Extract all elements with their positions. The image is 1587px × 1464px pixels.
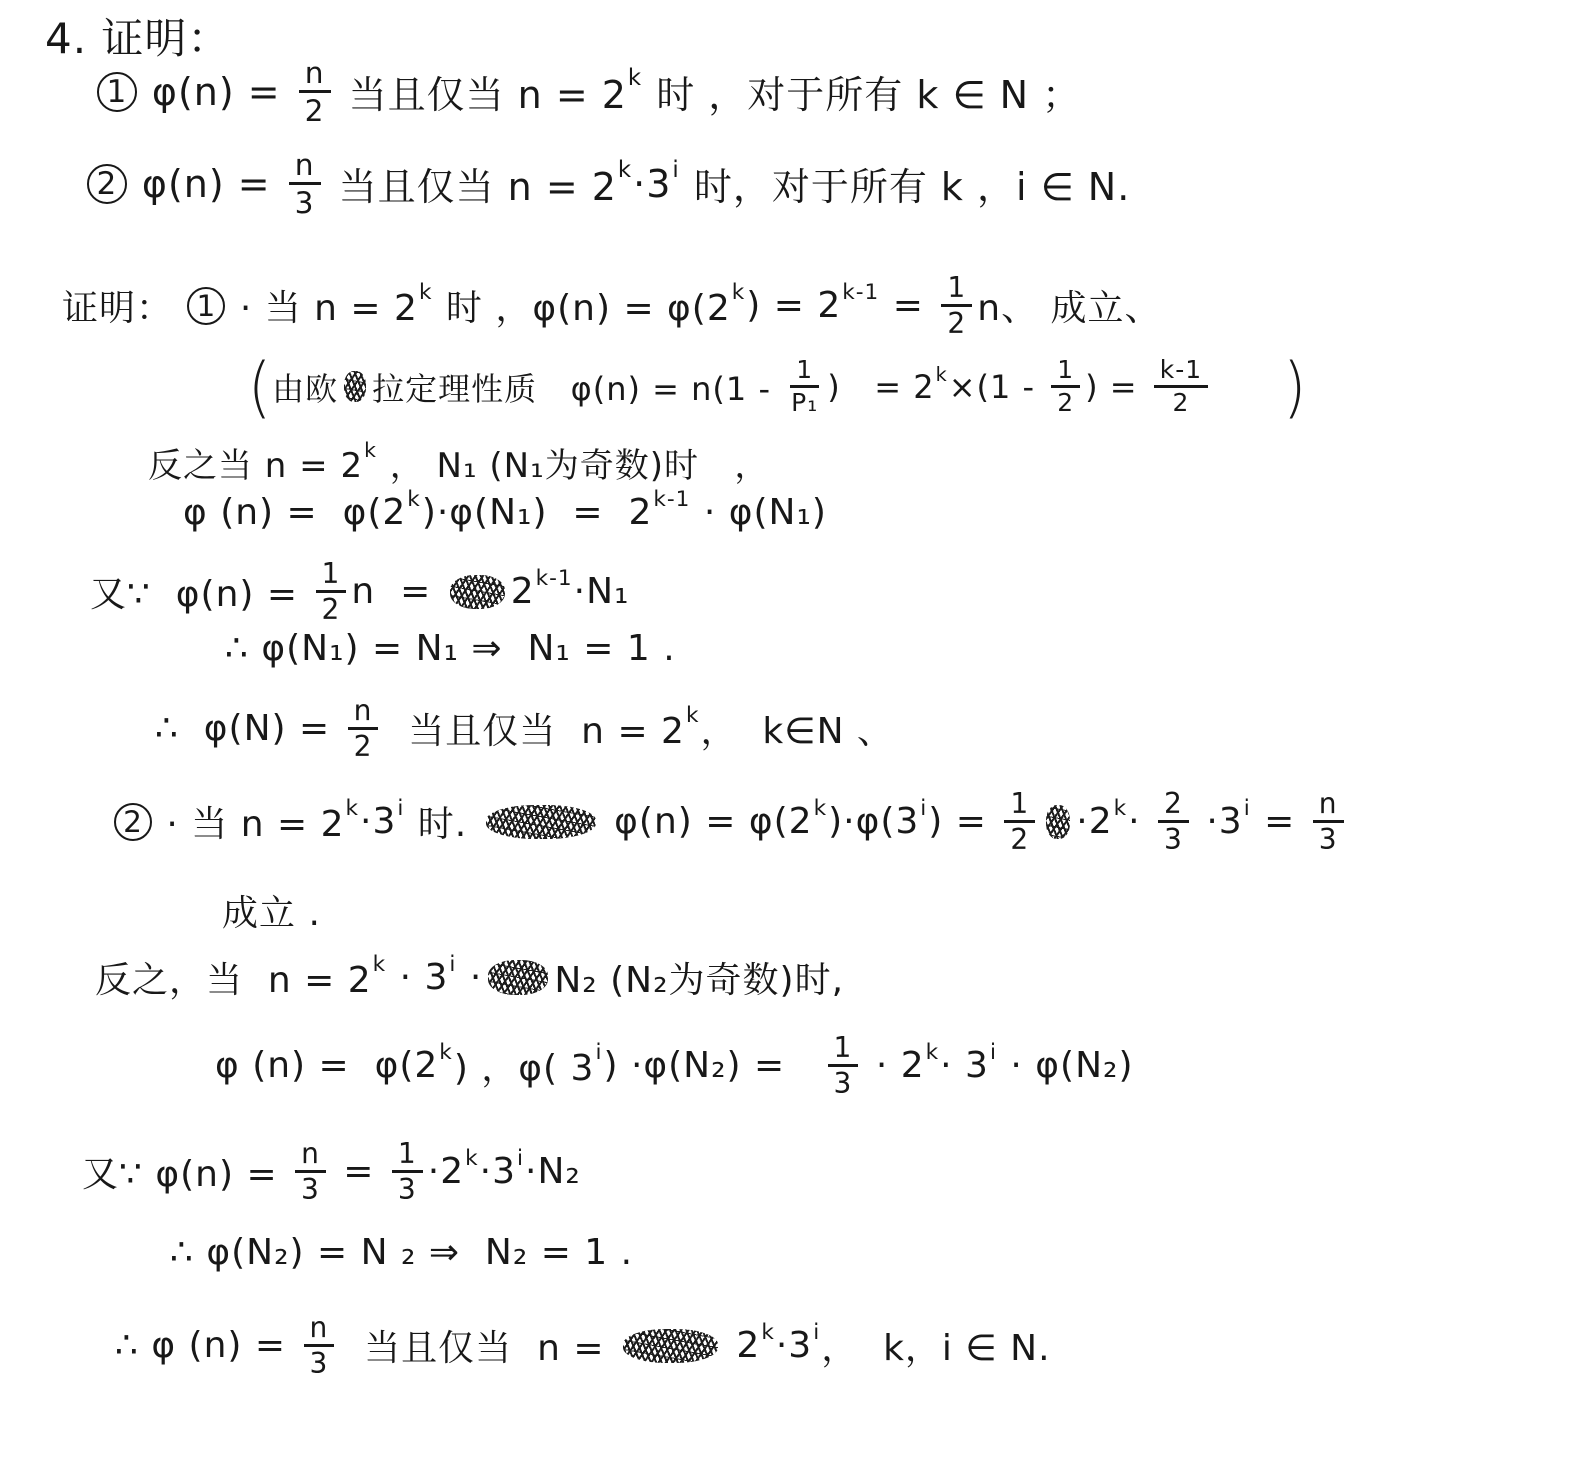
math-text: 拉定理性质 φ(n) = n(1 -	[372, 364, 782, 410]
fraction: 13	[392, 1138, 423, 1206]
math-text: ) ·φ(N₂) =	[603, 1045, 822, 1086]
fraction-denominator: 3	[291, 185, 319, 219]
fraction-denominator: 3	[394, 1173, 421, 1205]
math-text: 时，对于所有 k ，i ∈ N.	[681, 156, 1131, 211]
superscript: k	[1114, 796, 1128, 821]
fraction-denominator: 2	[1053, 388, 1078, 417]
circled-number: 1	[97, 72, 137, 112]
math-text: 反之，当 n = 2	[95, 952, 372, 1003]
superscript: i	[672, 157, 679, 183]
proof-line-12: 成立 .	[222, 885, 321, 936]
superscript: i	[813, 1320, 820, 1345]
math-text: ·N₁	[574, 571, 630, 612]
circled-number: 2	[114, 803, 152, 841]
fraction-numerator: 1	[1004, 788, 1035, 823]
math-text: n =	[351, 571, 443, 612]
math-text: φ(n) =	[139, 70, 294, 114]
math-text: ) = 2	[746, 285, 841, 326]
math-text: ∴ φ (n) =	[115, 1325, 299, 1366]
superscript: i	[920, 796, 927, 821]
fraction-denominator: 2	[1169, 388, 1194, 417]
fraction-numerator: k-1	[1154, 356, 1208, 388]
math-text: ·3	[360, 801, 396, 842]
math-text: )·φ(N₁) = 2	[422, 492, 653, 533]
superscript: k	[936, 363, 948, 386]
fraction: n2	[299, 56, 331, 127]
fraction: n3	[289, 148, 321, 219]
math-text: 证明：	[62, 280, 185, 331]
fraction-denominator: 3	[830, 1067, 857, 1099]
fraction-denominator: 2	[301, 93, 329, 127]
math-text: · 3	[387, 957, 448, 998]
superscript: k	[814, 796, 828, 821]
math-text: · 3	[940, 1045, 989, 1086]
fraction-numerator: 1	[828, 1032, 859, 1067]
superscript: k	[407, 487, 421, 512]
scribble-crossout	[450, 575, 505, 609]
circled-number: 1	[187, 287, 225, 325]
math-text: ∴ φ(N) =	[155, 708, 343, 749]
fraction-denominator: P₁	[787, 388, 822, 417]
math-text: 反之当 n = 2	[148, 438, 363, 487]
superscript: k	[686, 703, 700, 728]
math-text: 时 ，对于所有 k ∈ N ；	[643, 64, 1081, 119]
proof-line-9: ∴ φ(N₁) = N₁ ⇒ N₁ = 1 .	[225, 628, 676, 669]
proof-line-5: (由欧拉定理性质 φ(n) = n(1 - 1P₁) = 2k×(1 - 12)…	[248, 352, 1307, 421]
fraction: n3	[304, 1312, 335, 1380]
fraction-denominator: 2	[350, 730, 377, 762]
superscript: k	[345, 796, 359, 821]
fraction: 23	[1158, 788, 1189, 856]
proof-line-8: 又∵ φ(n) = 12n = 2k-1·N₁	[90, 558, 629, 626]
circled-number: 2	[87, 164, 127, 204]
math-text: · φ(N₁)	[691, 492, 827, 533]
scribble-crossout	[486, 805, 596, 839]
superscript: k	[926, 1040, 940, 1065]
math-text: =	[880, 285, 936, 326]
superscript: k	[373, 952, 387, 977]
scribble-crossout	[1046, 805, 1070, 839]
math-text: φ (n) = φ(2	[183, 492, 406, 533]
math-text: 当且仅当 n =	[339, 1320, 617, 1371]
superscript: k	[618, 157, 632, 183]
math-text: 又∵ φ(n) =	[90, 566, 311, 617]
math-text: 当且仅当 n = 2	[383, 703, 685, 754]
math-text: 又∵ φ(n) =	[82, 1146, 290, 1197]
math-text: N₂ (N₂为奇数)时,	[554, 952, 844, 1003]
fraction-numerator: n	[1313, 788, 1344, 823]
superscript: i	[397, 796, 404, 821]
math-text: 2	[511, 571, 535, 612]
fraction-denominator: 3	[305, 1347, 332, 1379]
fraction: k-12	[1154, 356, 1208, 417]
superscript: k	[732, 280, 746, 305]
math-text: ) ，φ( 3	[454, 1040, 595, 1091]
fraction-numerator: n	[348, 695, 379, 730]
proof-line-10: ∴ φ(N) = n2 当且仅当 n = 2k， k∈N 、	[155, 695, 894, 763]
fraction-denominator: 3	[1160, 823, 1187, 855]
math-text: )·φ(3	[828, 801, 919, 842]
fraction-numerator: 1	[316, 558, 347, 593]
math-text: ) = 2	[827, 368, 934, 406]
proof-line-4: 证明： 1 · 当 n = 2k 时 ，φ(n) = φ(2k) = 2k-1 …	[62, 272, 1162, 340]
math-text: ·	[457, 957, 482, 998]
superscript: i	[990, 1040, 997, 1065]
fraction-numerator: 1	[1051, 356, 1080, 388]
math-text: ) =	[928, 801, 999, 842]
tall-parenthesis: (	[248, 348, 272, 425]
math-text: 2	[724, 1325, 760, 1366]
superscript: k-1	[653, 487, 690, 512]
fraction-numerator: 1	[941, 272, 972, 307]
fraction-denominator: 3	[1315, 823, 1342, 855]
scribble-crossout	[344, 371, 366, 401]
proof-line-15: 又∵ φ(n) = n3 = 13·2k·3i·N₂	[82, 1138, 581, 1206]
fraction-numerator: n	[304, 1312, 335, 1347]
math-text: ·3	[1194, 801, 1243, 842]
math-text: =	[1252, 801, 1308, 842]
scribble-crossout	[623, 1329, 718, 1363]
superscript: i	[595, 1040, 602, 1065]
math-text: ·3	[776, 1325, 812, 1366]
proof-line-7: φ (n) = φ(2k)·φ(N₁) = 2k-1 · φ(N₁)	[183, 492, 827, 533]
proof-line-13: 反之，当 n = 2k · 3i ·N₂ (N₂为奇数)时,	[95, 952, 844, 1003]
math-text: ∴ φ(N₁) = N₁ ⇒ N₁ = 1 .	[225, 628, 676, 669]
math-text: φ (n) = φ(2	[215, 1045, 438, 1086]
handwritten-proof-page: 4. 证明：1 φ(n) = n2 当且仅当 n = 2k 时 ，对于所有 k …	[0, 0, 1587, 1464]
fraction: 1P₁	[787, 356, 822, 417]
math-text: 时 ，φ(n) = φ(2	[433, 280, 730, 331]
math-text: ) =	[1085, 368, 1149, 406]
superscript: k	[465, 1146, 479, 1171]
superscript: i	[517, 1146, 524, 1171]
fraction-numerator: 1	[790, 356, 819, 388]
math-text: ·2	[428, 1151, 464, 1192]
fraction: n3	[295, 1138, 326, 1206]
fraction-numerator: n	[295, 1138, 326, 1173]
math-text: ， k，i ∈ N.	[821, 1320, 1050, 1371]
superscript: k	[439, 1040, 453, 1065]
math-text: ∴ φ(N₂) = N ₂ ⇒ N₂ = 1 .	[170, 1232, 633, 1273]
math-text: ×(1 -	[949, 368, 1047, 406]
fraction: n2	[348, 695, 379, 763]
scribble-crossout	[488, 960, 548, 994]
proof-line-16: ∴ φ(N₂) = N ₂ ⇒ N₂ = 1 .	[170, 1232, 633, 1273]
math-text: 由欧	[272, 364, 338, 410]
math-text: · 当 n = 2	[154, 796, 345, 847]
proof-line-14: φ (n) = φ(2k) ，φ( 3i) ·φ(N₂) = 13 · 2k· …	[215, 1032, 1133, 1100]
math-text: 时.	[405, 796, 479, 847]
math-text: n、 成立、	[977, 280, 1161, 331]
tall-parenthesis: )	[1283, 348, 1307, 425]
math-text: ·N₂	[525, 1151, 581, 1192]
proof-line-2: 1 φ(n) = n2 当且仅当 n = 2k 时 ，对于所有 k ∈ N ；	[95, 56, 1081, 127]
fraction-numerator: 2	[1158, 788, 1189, 823]
proof-line-3: 2 φ(n) = n3 当且仅当 n = 2k·3i 时，对于所有 k ，i ∈…	[85, 148, 1130, 219]
math-text: 当且仅当 n = 2	[336, 64, 627, 119]
math-text: φ(n) =	[129, 162, 284, 206]
fraction-numerator: n	[299, 56, 331, 93]
fraction-denominator: 2	[318, 593, 345, 625]
fraction: 12	[316, 558, 347, 626]
superscript: k	[364, 438, 377, 462]
math-text: 成立 .	[222, 885, 321, 936]
math-text: =	[331, 1151, 387, 1192]
math-text: ·3	[633, 162, 671, 206]
superscript: k	[628, 65, 642, 91]
math-text: ·2	[1076, 801, 1112, 842]
proof-line-17: ∴ φ (n) = n3 当且仅当 n = 2k·3i， k，i ∈ N.	[115, 1312, 1051, 1380]
math-text: · φ(N₂)	[998, 1045, 1134, 1086]
fraction-denominator: 2	[943, 307, 970, 339]
fraction: 12	[941, 272, 972, 340]
superscript: i	[449, 952, 456, 977]
math-text: 当且仅当 n = 2	[326, 156, 617, 211]
fraction-denominator: 2	[1006, 823, 1033, 855]
superscript: k-1	[536, 566, 573, 591]
math-text: ， k∈N 、	[700, 703, 893, 754]
math-text: · 2	[863, 1045, 924, 1086]
fraction-denominator: 3	[297, 1173, 324, 1205]
superscript: k	[419, 280, 433, 305]
fraction: n3	[1313, 788, 1344, 856]
superscript: i	[1244, 796, 1251, 821]
proof-line-6: 反之当 n = 2k ， N₁ (N₁为奇数)时 ，	[148, 438, 769, 487]
superscript: k-1	[842, 280, 879, 305]
fraction-numerator: n	[289, 148, 321, 185]
fraction: 12	[1051, 356, 1080, 417]
fraction: 12	[1004, 788, 1035, 856]
fraction-numerator: 1	[392, 1138, 423, 1173]
proof-line-11: 2 · 当 n = 2k·3i 时. φ(n) = φ(2k)·φ(3i) = …	[112, 788, 1349, 856]
math-text: ·	[1128, 801, 1153, 842]
fraction: 13	[828, 1032, 859, 1100]
spacer	[1213, 386, 1283, 387]
math-text: ， N₁ (N₁为奇数)时 ，	[378, 438, 770, 487]
superscript: k	[761, 1320, 775, 1345]
math-text: · 当 n = 2	[227, 280, 418, 331]
math-text: ·3	[480, 1151, 516, 1192]
math-text: φ(n) = φ(2	[602, 801, 813, 842]
